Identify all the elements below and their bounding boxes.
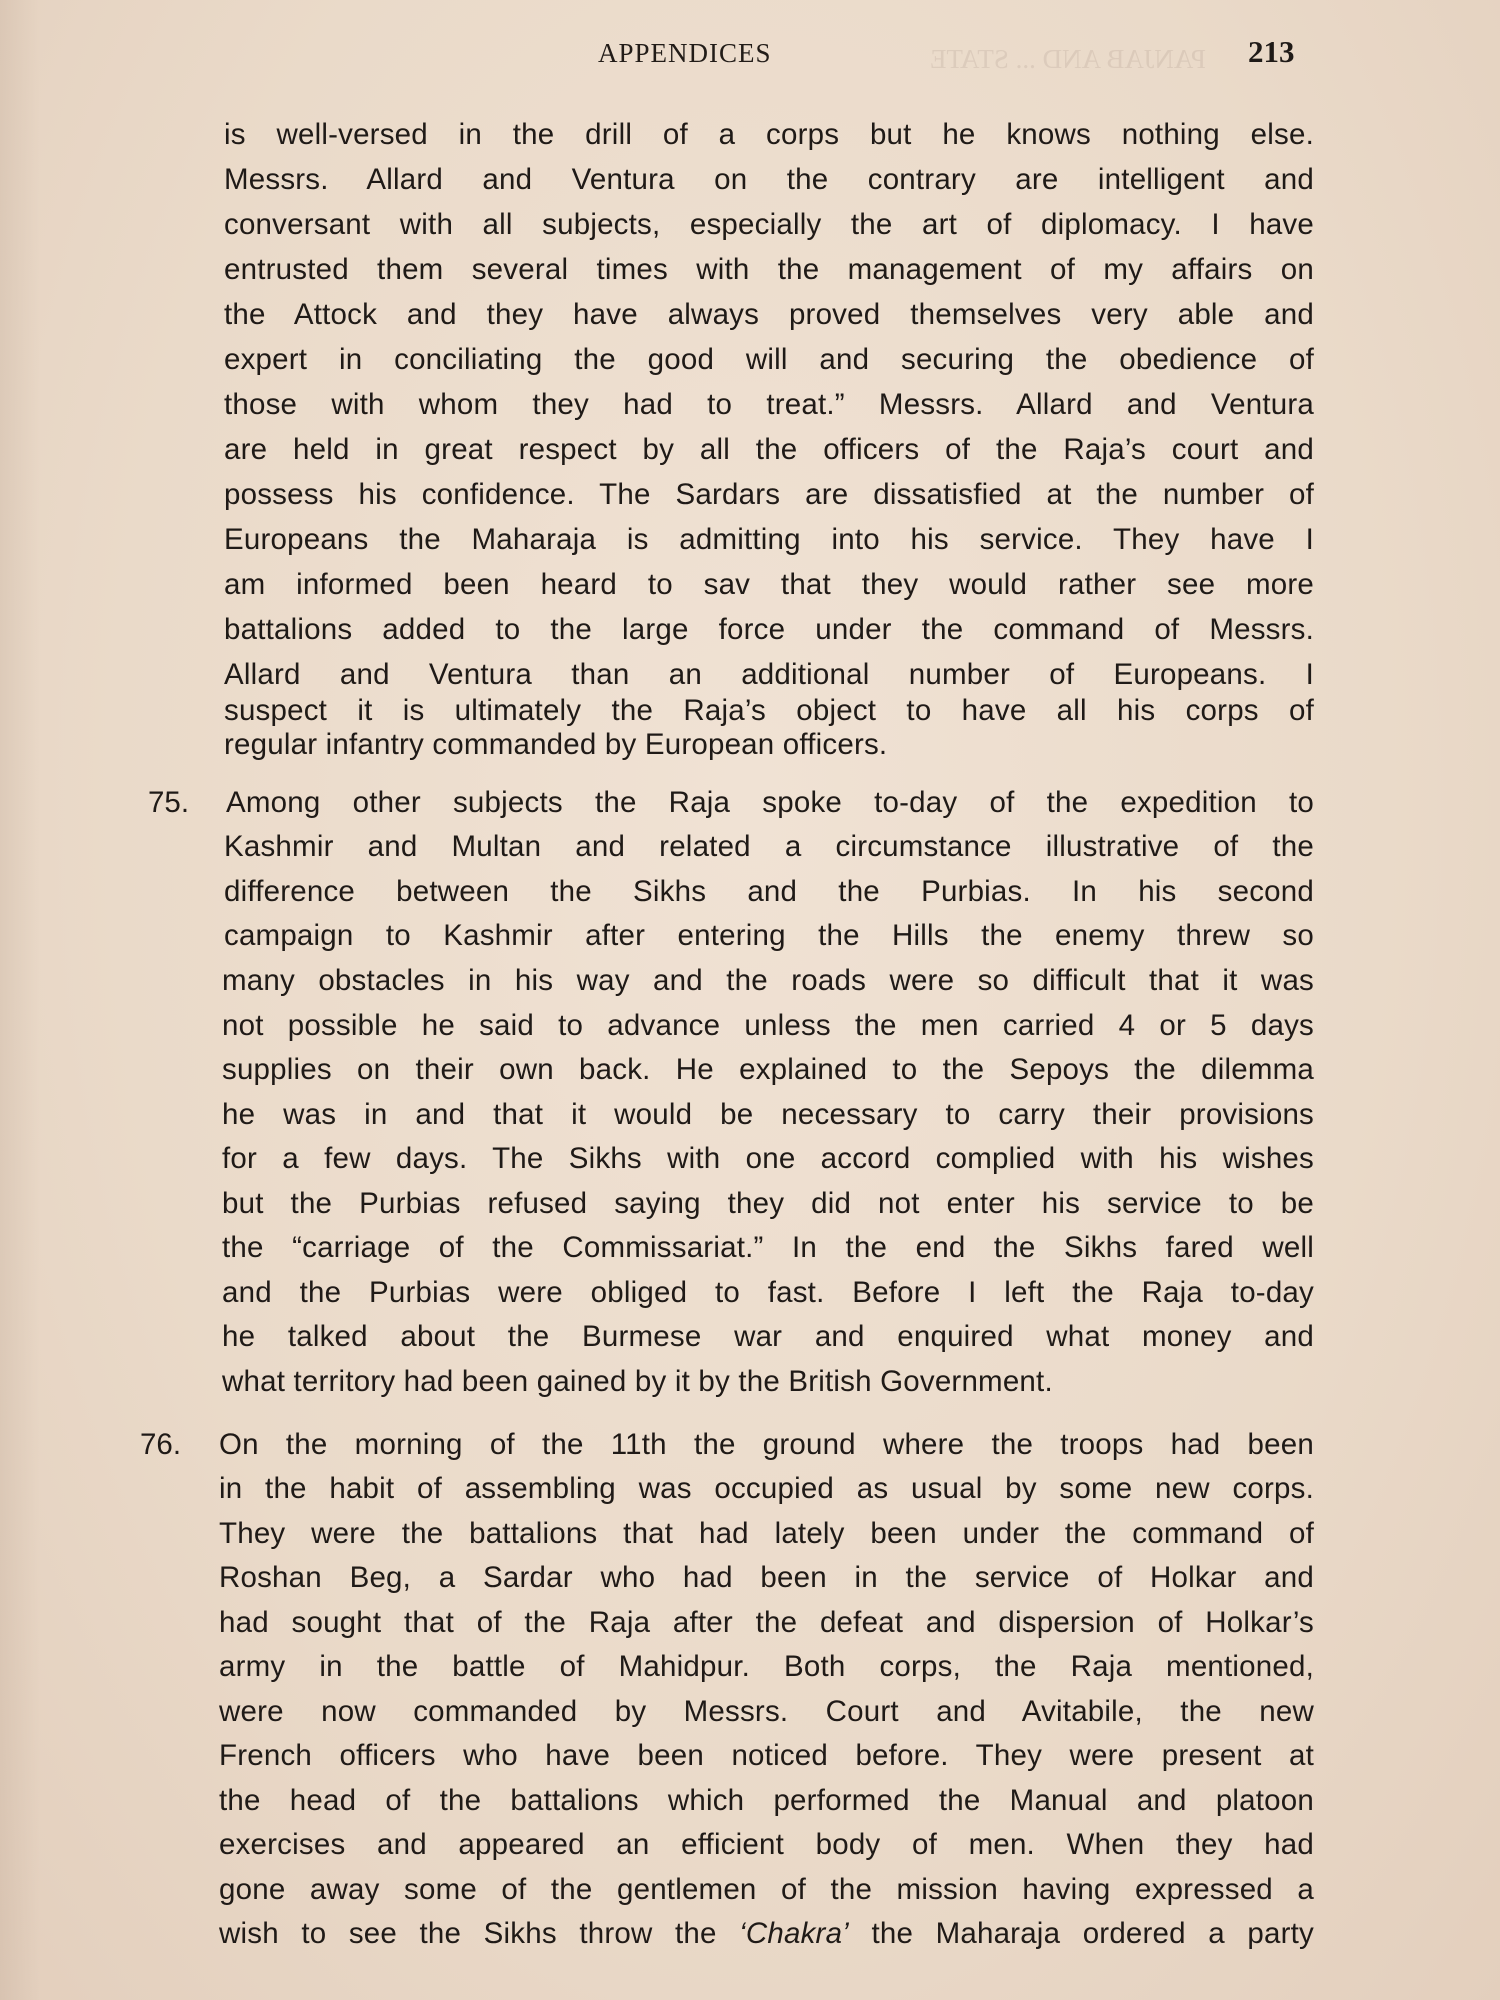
page-number: 213 (1248, 34, 1295, 70)
text-line: Kashmir and Multan and related a circums… (224, 829, 1314, 865)
text-line-final: wish to see the Sikhs throw the ‘Chakra’… (219, 1916, 1314, 1952)
text-line: am informed been heard to sav that they … (224, 567, 1314, 603)
text-line: suspect it is ultimately the Raja’s obje… (224, 693, 1314, 729)
text-line: Allard and Ventura than an additional nu… (224, 657, 1314, 693)
text-line: They were the battalions that had lately… (219, 1516, 1314, 1552)
text-line: were now commanded by Messrs. Court and … (219, 1694, 1314, 1730)
text-line: Roshan Beg, a Sardar who had been in the… (219, 1560, 1314, 1596)
text-run: wish to see the Sikhs throw the (219, 1917, 739, 1950)
text-line: exercises and appeared an efficient body… (219, 1827, 1314, 1863)
text-line: the Attock and they have always proved t… (224, 297, 1314, 333)
text-line: he talked about the Burmese war and enqu… (222, 1319, 1314, 1355)
text-line: gone away some of the gentlemen of the m… (219, 1872, 1314, 1908)
paragraph-number: 76. (140, 1427, 181, 1463)
text-line: not possible he said to advance unless t… (222, 1008, 1314, 1044)
text-line: what territory had been gained by it by … (222, 1364, 1314, 1400)
text-line: entrusted them several times with the ma… (224, 252, 1314, 288)
text-line: Europeans the Maharaja is admitting into… (224, 522, 1314, 558)
text-line: is well-versed in the drill of a corps b… (224, 117, 1314, 153)
text-line: had sought that of the Raja after the de… (219, 1605, 1314, 1641)
text-line: Messrs. Allard and Ventura on the contra… (224, 162, 1314, 198)
text-line: he was in and that it would be necessary… (222, 1097, 1314, 1133)
text-line: and the Purbias were obliged to fast. Be… (222, 1275, 1314, 1311)
book-page: PANJAB AND ... STATE APPENDICES 213 is w… (0, 0, 1500, 2000)
italic-term-chakra: ‘Chakra’ (739, 1917, 849, 1950)
text-line: the “carriage of the Commissariat.” In t… (222, 1230, 1314, 1266)
text-line: battalions added to the large force unde… (224, 612, 1314, 648)
text-line: expert in conciliating the good will and… (224, 342, 1314, 378)
text-line: Among other subjects the Raja spoke to-d… (226, 785, 1314, 821)
running-head: APPENDICES 213 (0, 38, 1500, 78)
text-run: the Maharaja ordered a party (849, 1917, 1314, 1950)
text-line: those with whom they had to treat.” Mess… (224, 387, 1314, 423)
text-line: On the morning of the 11th the ground wh… (219, 1427, 1314, 1463)
text-line: French officers who have been noticed be… (219, 1738, 1314, 1774)
text-line: for a few days. The Sikhs with one accor… (222, 1141, 1314, 1177)
text-line: army in the battle of Mahidpur. Both cor… (219, 1649, 1314, 1685)
text-line: but the Purbias refused saying they did … (222, 1186, 1314, 1222)
text-line: supplies on their own back. He explained… (222, 1052, 1314, 1088)
text-line: possess his confidence. The Sardars are … (224, 477, 1314, 513)
text-line: campaign to Kashmir after entering the H… (224, 918, 1314, 954)
running-title: APPENDICES (598, 38, 772, 69)
text-line: regular infantry commanded by European o… (224, 727, 1314, 763)
text-line: are held in great respect by all the off… (224, 432, 1314, 468)
paragraph-number: 75. (148, 785, 189, 821)
text-line: in the habit of assembling was occupied … (219, 1471, 1314, 1507)
text-line: many obstacles in his way and the roads … (222, 963, 1314, 999)
text-line: the head of the battalions which perform… (219, 1783, 1314, 1819)
text-line: difference between the Sikhs and the Pur… (224, 874, 1314, 910)
text-line: conversant with all subjects, especially… (224, 207, 1314, 243)
